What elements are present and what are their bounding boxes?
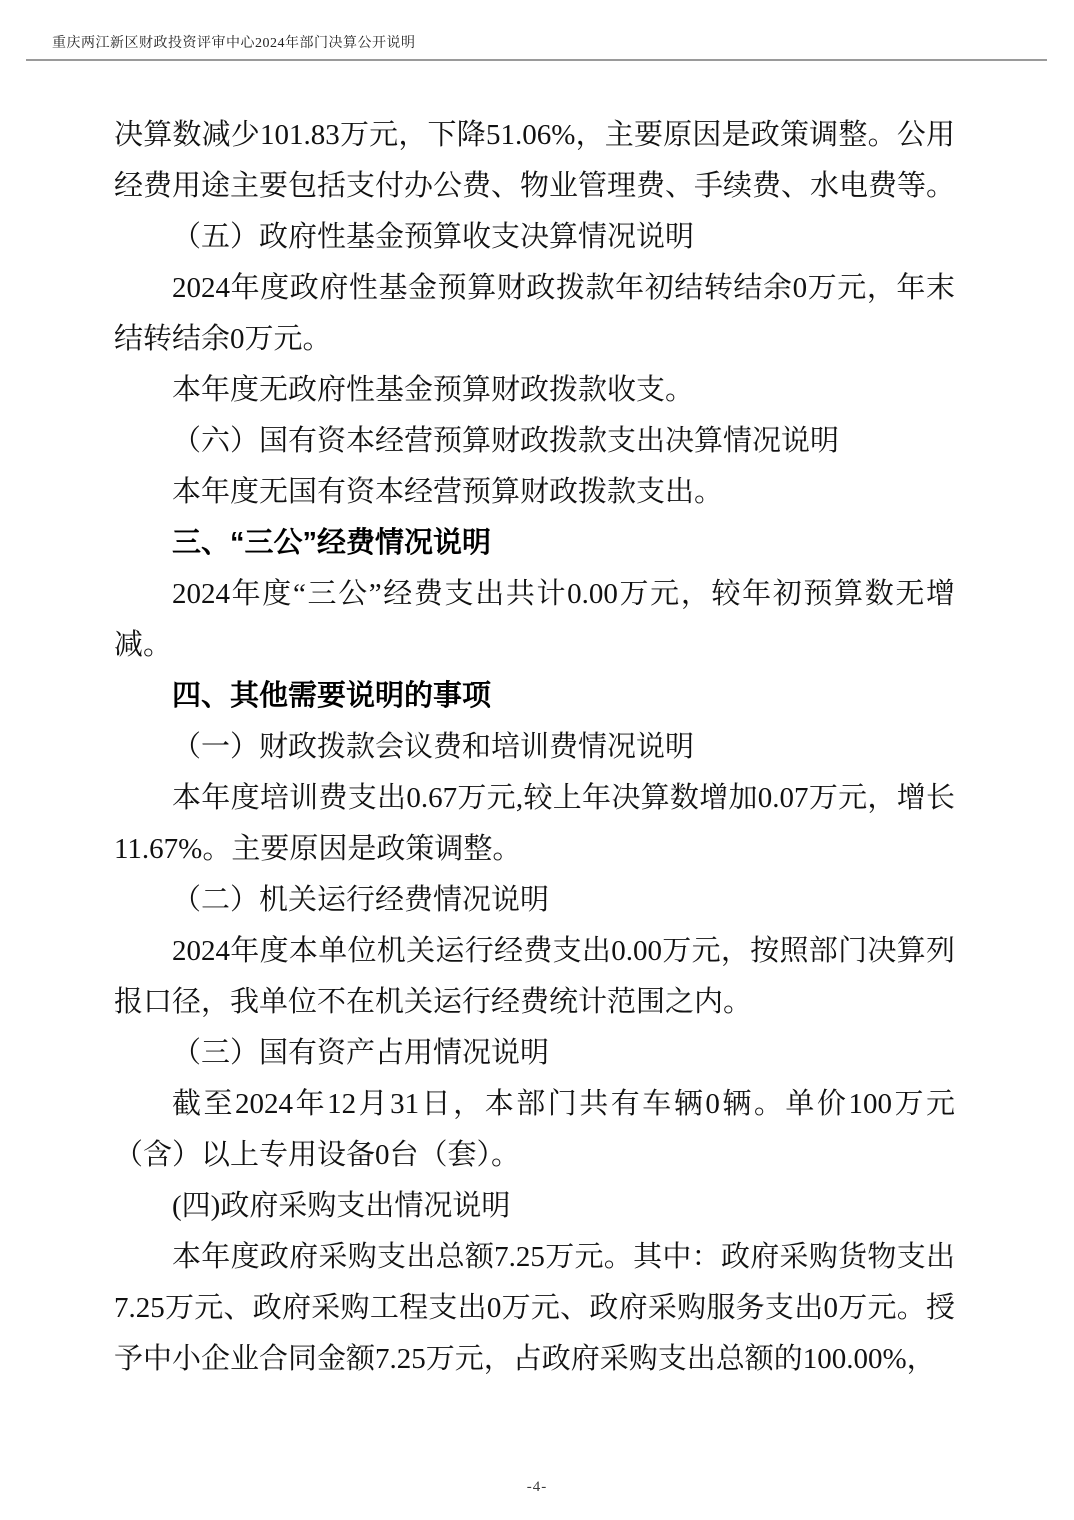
page-footer: -4- — [0, 1478, 1074, 1496]
page-number: -4- — [527, 1479, 548, 1495]
paragraph: 本年度无国有资本经营预算财政拨款支出。 — [114, 467, 955, 518]
page-header: 重庆两江新区财政投资评审中心2024年部门决算公开说明 — [26, 0, 1047, 61]
paragraph: （二）机关运行经费情况说明 — [114, 875, 955, 926]
paragraph: 2024年度政府性基金预算财政拨款年初结转结余0万元，年末结转结余0万元。 — [114, 263, 955, 365]
section-heading: 四、其他需要说明的事项 — [114, 671, 955, 722]
paragraph: 2024年度本单位机关运行经费支出0.00万元，按照部门决算列报口径，我单位不在… — [114, 926, 955, 1028]
paragraph: （五）政府性基金预算收支决算情况说明 — [114, 212, 955, 263]
paragraph: （三）国有资产占用情况说明 — [114, 1028, 955, 1079]
paragraph: (四)政府采购支出情况说明 — [114, 1181, 955, 1232]
paragraph: 2024年度“三公”经费支出共计0.00万元，较年初预算数无增减。 — [114, 569, 955, 671]
document-body: 决算数减少101.83万元，下降51.06%，主要原因是政策调整。公用经费用途主… — [114, 110, 955, 1385]
header-title: 重庆两江新区财政投资评审中心2024年部门决算公开说明 — [52, 32, 1047, 52]
paragraph: 截至2024年12月31日，本部门共有车辆0辆。单价100万元（含）以上专用设备… — [114, 1079, 955, 1181]
document-page: 重庆两江新区财政投资评审中心2024年部门决算公开说明 决算数减少101.83万… — [0, 0, 1074, 1520]
section-heading: 三、“三公”经费情况说明 — [114, 518, 955, 569]
paragraph: 本年度培训费支出0.67万元,较上年决算数增加0.07万元，增长11.67%。主… — [114, 773, 955, 875]
paragraph: （六）国有资本经营预算财政拨款支出决算情况说明 — [114, 416, 955, 467]
paragraph: 本年度政府采购支出总额7.25万元。其中：政府采购货物支出7.25万元、政府采购… — [114, 1232, 955, 1385]
paragraph: （一）财政拨款会议费和培训费情况说明 — [114, 722, 955, 773]
paragraph: 决算数减少101.83万元，下降51.06%，主要原因是政策调整。公用经费用途主… — [114, 110, 955, 212]
paragraph: 本年度无政府性基金预算财政拨款收支。 — [114, 365, 955, 416]
